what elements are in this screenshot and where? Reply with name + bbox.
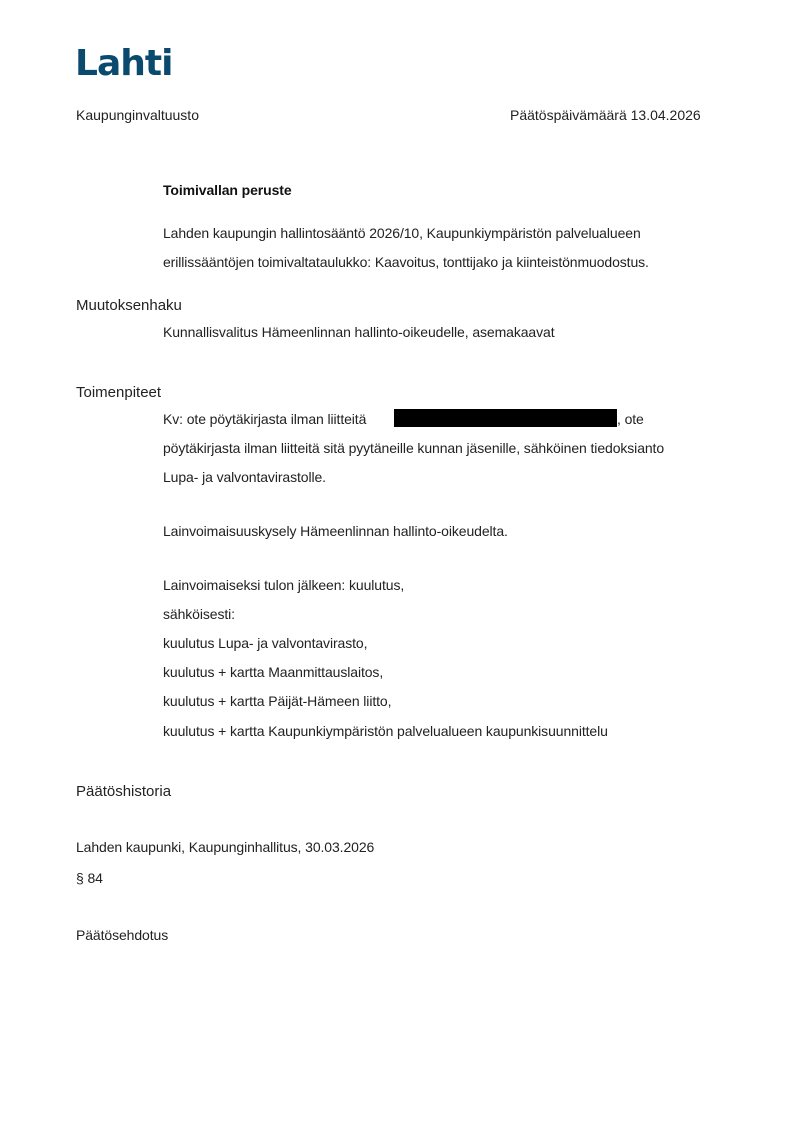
actions-line-1-prefix: Kv: ote pöytäkirjasta ilman liitteitä — [163, 410, 366, 428]
authority-line: erillissääntöjen toimivaltataulukko: Kaa… — [163, 253, 649, 271]
appeal-heading: Muutoksenhaku — [76, 297, 182, 315]
actions-heading: Toimenpiteet — [76, 384, 161, 402]
actions-line-2: pöytäkirjasta ilman liitteitä sitä pyytä… — [163, 439, 664, 457]
redaction-bar — [394, 409, 617, 427]
actions-line-4: Lainvoimaisuuskysely Hämeenlinnan hallin… — [163, 522, 508, 540]
history-entry: Lahden kaupunki, Kaupunginhallitus, 30.0… — [76, 838, 374, 856]
lahti-logo: Lahti — [75, 44, 172, 84]
history-section-number: § 84 — [76, 869, 103, 887]
actions-list-item: kuulutus Lupa- ja valvontavirasto, — [163, 634, 367, 652]
actions-list-item: Lainvoimaiseksi tulon jälkeen: kuulutus, — [163, 576, 404, 594]
history-heading: Päätöshistoria — [76, 783, 171, 801]
actions-line-1-suffix: , ote — [617, 410, 644, 428]
authority-line: Lahden kaupungin hallintosääntö 2026/10,… — [163, 224, 641, 242]
decision-date: Päätöspäivämäärä 13.04.2026 — [510, 106, 701, 124]
organ-name: Kaupunginvaltuusto — [76, 106, 199, 124]
proposal-heading: Päätösehdotus — [76, 926, 168, 944]
actions-list-item: sähköisesti: — [163, 605, 235, 623]
authority-heading: Toimivallan peruste — [163, 181, 292, 199]
appeal-text: Kunnallisvalitus Hämeenlinnan hallinto-o… — [163, 323, 554, 341]
actions-list-item: kuulutus + kartta Kaupunkiympäristön pal… — [163, 722, 608, 740]
actions-list-item: kuulutus + kartta Maanmittauslaitos, — [163, 663, 383, 681]
actions-list-item: kuulutus + kartta Päijät-Hämeen liitto, — [163, 692, 391, 710]
actions-line-3: Lupa- ja valvontavirastolle. — [163, 468, 326, 486]
